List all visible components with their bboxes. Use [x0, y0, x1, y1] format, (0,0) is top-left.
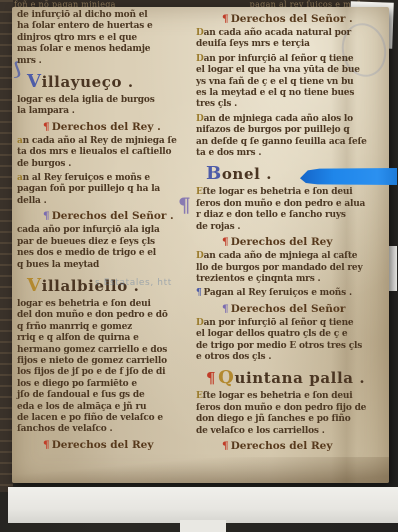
place-name-heading: ¶Quintana palla . [206, 369, 387, 387]
pilcrow-mark-icon: ¶ [43, 439, 50, 451]
manuscript-line: ſeros don muño e don pedro fijo de [196, 403, 387, 414]
manuscript-line: eda e los de almāça e jñ ru [17, 402, 193, 413]
manuscript-line: de rojas . [196, 222, 387, 233]
manuscript-line: Dan cada año acada natural por [196, 28, 387, 39]
paragraph: cada año por infurçiō ala iglapar de bue… [17, 225, 193, 271]
manuscript-line: los fijos de jſ po e de f jſo de di [17, 367, 193, 378]
illuminated-initial: Q [218, 367, 234, 388]
paper-sheet-bottom-tab [180, 520, 226, 532]
manuscript-line: dinjros qtro mrs e el que [17, 33, 193, 44]
manuscript-line: logar es dela iglia de burgos [17, 95, 193, 106]
watermark-text: s Estatales, htt [95, 278, 172, 288]
manuscript-line: de burgos . [17, 159, 193, 170]
manuscript-line: hermano gomez carriello e dos [17, 345, 193, 356]
pilcrow-mark-icon: ¶ [222, 13, 229, 25]
paragraph-initial: D [196, 54, 204, 64]
manuscript-line: ha ſolar entero de huertas e [17, 21, 193, 32]
illuminated-initial: V [27, 275, 42, 296]
manuscript-line: an al Rey ſeruiços e moñs e [17, 173, 193, 184]
pilcrow-mark-icon: ¶ [222, 303, 229, 315]
manuscript-line: es la meytad e el q no tiene bues [196, 88, 387, 99]
manuscript-line: pagan foñ por puillejo q ha la [17, 184, 193, 195]
manuscript-line: el logar dellos quatro çls de ç e [196, 329, 387, 340]
manuscript-line: logar es behetria e ſon deui [17, 299, 193, 310]
pilcrow-mark-icon: ¶ [222, 440, 229, 452]
continuation-paragraph: de infurçiō al dicho moñ elha ſolar ente… [17, 10, 193, 67]
manuscript-line: ſeros don muño e don pedro e alua [196, 199, 387, 210]
manuscript-line: par de bueues diez e ſeys çls [17, 237, 193, 248]
paragraph: Dan por infurçiō al ſeñor q tieneel loga… [196, 54, 387, 111]
manuscript-line: q frño manrriq e gomez [17, 322, 193, 333]
manuscript-line: de velaſco e los carriellos . [196, 426, 387, 437]
manuscript-line: fijos e nieto de gomez carriello [17, 356, 193, 367]
manuscript-line: q bues la meytad [17, 260, 193, 271]
pilcrow-mark-icon: ¶ [43, 210, 50, 222]
text-column-right: ¶Derechos del Señor .Dan cada año acada … [196, 10, 387, 455]
rubric-heading: ¶Derechos del Señor . [222, 13, 387, 26]
manuscript-photo: foñ e nō pagan mjniega pagan al rey ſuiç… [0, 0, 398, 532]
manuscript-line: deuiſa ſeys mrs e terçia [196, 39, 387, 50]
manuscript-line: trezientos e çinqnta mrs . [196, 274, 387, 285]
paragraph: an cada año al Rey de mjniega ſeta dos m… [17, 136, 193, 170]
pilcrow-mark-icon: ¶ [206, 369, 216, 387]
paragraph-initial: D [196, 318, 204, 328]
pilcrow-mark-icon: ¶ [222, 236, 229, 248]
manuscript-line: llo de burgos por mandado del rey [196, 263, 387, 274]
manuscript-line: de trigo por medio E otros tres çls [196, 341, 387, 352]
manuscript-line: ta dos mrs e lieualos el caſtiello [17, 147, 193, 158]
paragraph-initial: a [17, 173, 23, 183]
manuscript-line: an cada año al Rey de mjniega ſe [17, 136, 193, 147]
rubric-heading: ¶Derechos del Rey [43, 439, 193, 452]
illuminated-initial: V [27, 71, 42, 92]
manuscript-line: nifazos de burgos por puillejo q [196, 125, 387, 136]
manuscript-line: del don muño e don pedro e dō [17, 310, 193, 321]
rubric-heading: ¶Derechos del Señor [222, 303, 387, 316]
manuscript-line: Eſte logar es behetria e ſon deui [196, 391, 387, 402]
place-name-heading: Villayueço . [27, 73, 193, 91]
paragraph: logar es behetria e ſon deuidel don muño… [17, 299, 193, 436]
paragraph-initial: D [196, 251, 204, 261]
paragraph: Dan cada año de mjniega al caſtello de b… [196, 251, 387, 285]
manuscript-line: mrs . [17, 56, 193, 67]
rubric-heading: ¶Derechos del Rey [222, 440, 387, 453]
manuscript-line: nes dos e medio de trigo e el [17, 248, 193, 259]
rubric-heading: ¶Derechos del Rey [222, 236, 387, 249]
manuscript-line: Dan por infurçiō al ſeñor q tiene [196, 54, 387, 65]
manuscript-line: rriq e q alfon de quirna e [17, 333, 193, 344]
paragraph: Dan por infurçiō al ſeñor q tieneel loga… [196, 318, 387, 364]
manuscript-line: an deſde q ſe ganno ſeuilla aca ſeſe [196, 137, 387, 148]
manuscript-line: los e diego po ſarmiēto e [17, 379, 193, 390]
rubric-heading: ¶Derechos del Rey . [43, 121, 193, 134]
manuscript-line: ys vna fañ de ç e el q tiene vn bu [196, 77, 387, 88]
paragraph: logar es dela iglia de burgosla lampara … [17, 95, 193, 118]
manuscript-line: della . [17, 196, 193, 207]
manuscript-line: Dan de mjniega cada año alos lo [196, 114, 387, 125]
paragraph: Eſte logar es behetria e ſon deuiſeros d… [196, 187, 387, 233]
manuscript-line: ta e dos mrs . [196, 148, 387, 159]
manuscript-line: cada año por infurçiō ala igla [17, 225, 193, 236]
paragraph: Dan de mjniega cada año alos lonifazos d… [196, 114, 387, 160]
manuscript-line: Dan cada año de mjniega al caſte [196, 251, 387, 262]
manuscript-line: tres çls . [196, 99, 387, 110]
paper-sheet-bottom [8, 487, 398, 523]
manuscript-line: Dan por infurçiō al ſeñor q tiene [196, 318, 387, 329]
paragraph: Dan cada año acada natural pordeuiſa ſey… [196, 28, 387, 51]
paragraph-initial: E [196, 187, 203, 197]
manuscript-line: Eſte logar es behetria e ſon deui [196, 187, 387, 198]
pilcrow-mark-icon: ¶ [43, 121, 50, 133]
pilcrow-mark-icon: ¶ [196, 288, 202, 298]
manuscript-line: don diego e jñ ſanches e po fiño [196, 414, 387, 425]
manuscript-line: de lacen e po fiño de velaſco e [17, 413, 193, 424]
paragraph-initial: D [196, 114, 204, 124]
manuscript-page: ⟆ ¶ de infurçiō al dicho moñ elha ſolar … [12, 7, 389, 483]
manuscript-line: el logar el que ha vna yūta de bue [196, 65, 387, 76]
manuscript-line: jſo de ſandoual e ſus gs de [17, 390, 193, 401]
manuscript-line: e otros dos çls . [196, 352, 387, 363]
manuscript-line: ſanchos de velaſco . [17, 424, 193, 435]
manuscript-line: mas ſolar e menos hedamje [17, 44, 193, 55]
paragraph: Eſte logar es behetria e ſon deuiſeros d… [196, 391, 387, 437]
manuscript-line: ¶Pagan al Rey ſeruiços e moñs . [196, 288, 387, 299]
parchment-bottom-crease [12, 457, 389, 483]
paragraph-initial: D [196, 28, 204, 38]
illuminated-initial: B [206, 163, 222, 184]
blue-bookmark-tape [300, 168, 397, 185]
rubric-heading: ¶Derechos del Señor . [43, 210, 193, 223]
paragraph-initial: a [17, 136, 23, 146]
text-column-left: de infurçiō al dicho moñ elha ſolar ente… [17, 9, 193, 454]
manuscript-line: de infurçiō al dicho moñ el [17, 10, 193, 21]
paragraph-initial: E [196, 391, 203, 401]
manuscript-line: r diaz e don tello e ſancho ruys [196, 210, 387, 221]
manuscript-line: la lampara . [17, 106, 193, 117]
paragraph: an al Rey ſeruiços e moñs epagan foñ por… [17, 173, 193, 207]
paragraph: ¶Pagan al Rey ſeruiços e moñs . [196, 288, 387, 299]
